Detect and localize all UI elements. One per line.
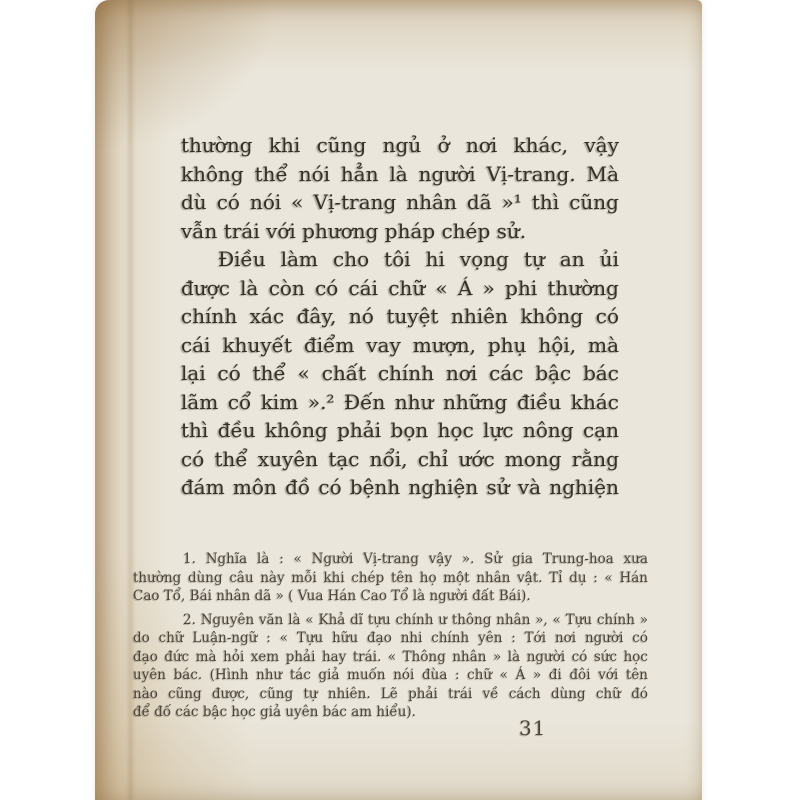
text-line: có thể xuyên tạc nổi, chỉ ước mong rằng	[181, 445, 619, 474]
text-line: được là còn có cái chữ « Á » phi thường	[181, 274, 619, 303]
text-line: đám môn đồ có bệnh nghiện sử và nghiện	[181, 473, 619, 502]
text-line: thì đều không phải bọn học lực nông cạn	[181, 416, 619, 445]
text-line: cái khuyết điểm vay mượn, phụ hội, mà	[181, 331, 619, 360]
text-line: dù có nói « Vị-trang nhân dã »¹ thì cũng	[181, 188, 619, 217]
text-line: đạo đức mà hỏi xem phải hay trái. « Thôn…	[133, 648, 648, 667]
text-line: lãm cổ kim ».² Đến như những điều khác	[181, 388, 619, 417]
paragraph-continuation: thường khi cũng ngủ ở nơi khác, vậykhông…	[181, 131, 619, 245]
text-line: chính xác đây, nó tuyệt nhiên không có	[181, 302, 619, 331]
text-line: 2. Nguyên văn là « Khả dĩ tựu chính ư th…	[133, 611, 648, 630]
footnote-2: 2. Nguyên văn là « Khả dĩ tựu chính ư th…	[133, 611, 648, 722]
text-line: lại có thể « chất chính nơi các bậc bác	[181, 359, 619, 388]
text-line: thường dùng câu này mỗi khi chép tên họ …	[133, 569, 648, 588]
main-text-block: thường khi cũng ngủ ở nơi khác, vậykhông…	[181, 131, 619, 502]
text-line: nào cũng được, cũng tự nhiên. Lẽ phải tr…	[133, 685, 648, 704]
page-number: 31	[519, 716, 579, 740]
footnote-1: 1. Nghĩa là : « Người Vị-trang vậy ». Sử…	[133, 550, 648, 606]
text-line: Điều làm cho tôi hi vọng tự an ủi	[181, 245, 619, 274]
text-line: do chữ Luận-ngữ : « Tựu hữu đạo nhi chín…	[133, 629, 648, 648]
text-line: vẫn trái với phương pháp chép sử.	[181, 217, 619, 246]
text-line: 1. Nghĩa là : « Người Vị-trang vậy ». Sử…	[133, 550, 648, 569]
text-line: uyên bác. (Hình như tác giả muốn nói đùa…	[133, 666, 648, 685]
text-line: thường khi cũng ngủ ở nơi khác, vậy	[181, 131, 619, 160]
text-line: Cao Tổ, Bái nhân dã » ( Vua Hán Cao Tổ l…	[133, 587, 648, 606]
text-line: không thể nói hẳn là người Vị-trang. Mà	[181, 160, 619, 189]
footnotes-block: 1. Nghĩa là : « Người Vị-trang vậy ». Sử…	[133, 550, 648, 722]
book-page: thường khi cũng ngủ ở nơi khác, vậykhông…	[95, 0, 702, 800]
book-photo: thường khi cũng ngủ ở nơi khác, vậykhông…	[0, 0, 800, 800]
paragraph-new: Điều làm cho tôi hi vọng tự an ủiđược là…	[181, 245, 619, 502]
